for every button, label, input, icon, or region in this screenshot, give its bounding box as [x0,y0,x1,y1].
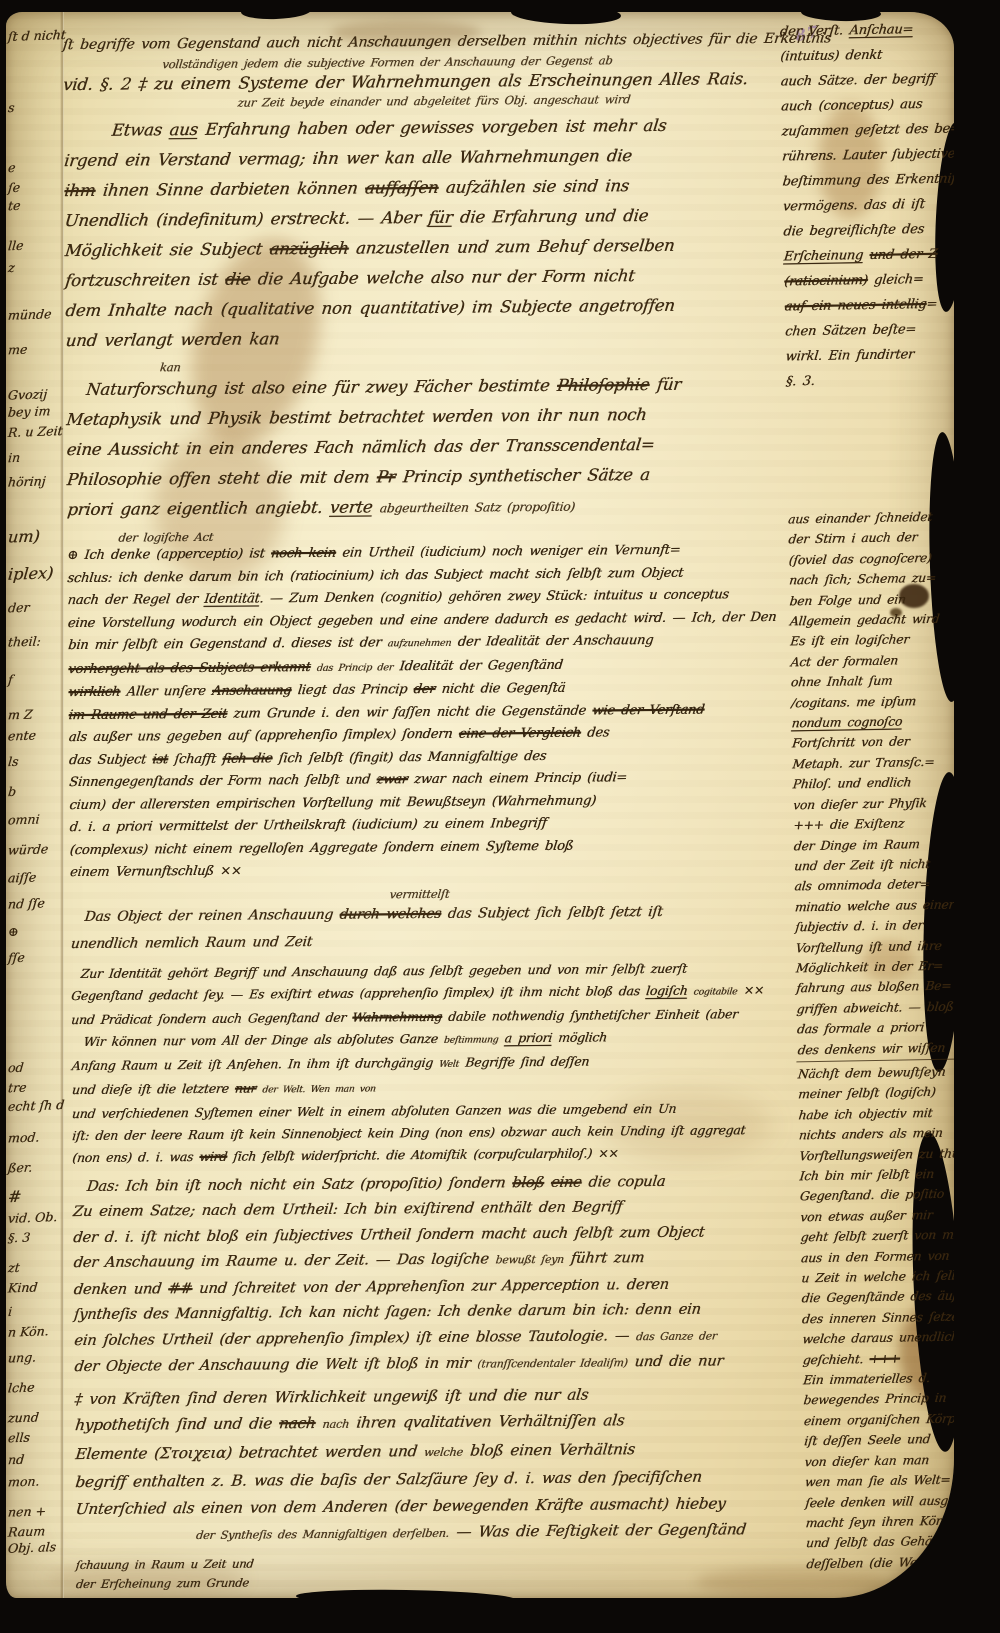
text-line: zuſammen geſetzt des be= [780,116,954,144]
text-line: Philoſ. und endlich [792,772,954,796]
margin-fragment: tre [7,1080,27,1096]
margin-fragment: zt [7,1260,20,1275]
paragraph: der logiſche Act⊕ Ich denke (apperceptio… [66,525,785,885]
text-line: wen man ſie als Welt= [804,1469,954,1493]
text-line: ohne Inhalt ſum [790,670,954,694]
text-line: beſtimmung des Erkentniſ [781,166,954,194]
text-line: nach ſich; Schema zu= [788,568,954,592]
margin-fragment: lle [7,238,24,254]
text-line: (ratiocinium) gleich= [783,266,954,294]
text-line: ben Folge und ein [788,588,954,612]
margin-fragment: Raum [7,1523,46,1539]
margin-fragment: omni [7,811,40,827]
margin-fragment: f [7,672,13,687]
text-line: rührens. Lauter ſubjective [781,141,954,169]
text-line: vermögens. das di iſt [782,191,954,219]
margin-fragment: lche [7,1380,35,1396]
margin-fragment: te [7,198,21,213]
torn-edge [511,12,622,26]
text-line: priori ganz eigentlich angiebt. verte ab… [65,489,785,526]
paragraph: ‡ von Kräften ſind deren Wirklichkeit un… [73,1379,790,1550]
margin-fragment: ells [7,1430,30,1446]
text-line: von dieſer zur Phyſik [792,792,954,816]
text-line: geſchieht. +++ [802,1347,954,1371]
margin-fragment: ung. [7,1350,36,1366]
text-line: fahrung aus bloßen Be= [795,976,954,1000]
text-line: und ſelbſt das Gehäuſe [805,1531,954,1555]
margin-fragment: Kind [7,1279,38,1295]
text-line: /cogitans. me ipſum [790,690,954,714]
margin-fragment: e [7,160,16,175]
margin-fragment: nd [7,1452,24,1468]
text-line: ſeele denken will ausge= [804,1490,954,1514]
margin-fragment: hörinj [7,473,46,489]
text-line: habe ich objectiv mit [797,1102,954,1126]
paper-sheet: 87 ſt d nichtseſetellezmündemeGvozijbey … [6,12,954,1598]
paragraph: ſchauung in Raum u Zeit undder Erſcheinu… [74,1549,790,1593]
text-line: von etwas außer mir [799,1204,954,1228]
margin-fragment: iplex) [7,563,54,584]
text-line: (intuitus) denkt [779,41,954,69]
paragraph: vermittelſtDas Object der reinen Anschau… [69,883,786,957]
margin-fragment: aiſſe [7,870,37,886]
text-line: die begreiflichſte des [782,216,954,244]
margin-fragment: # [7,1187,22,1206]
margin-fragment: nen + [7,1503,46,1519]
margin-fragment: Obj. als [7,1539,56,1556]
text-line: welche daraus unendliche Sätze [801,1326,954,1350]
text-line: auf ein neues intellig= [783,291,954,319]
margin-fragment: Gvozij [7,386,48,402]
paragraph: kanNaturforschung ist also eine für zwey… [64,355,781,526]
text-line: auch (conceptus) aus [780,91,954,119]
margin-fragment: od [7,1060,24,1076]
left-margin-fragments: ſt d nichtseſetellezmündemeGvozijbey imR… [6,12,60,1598]
margin-fragment: ls [7,754,19,769]
margin-fragment: zund [7,1409,39,1425]
margin-fragment: i [7,1304,12,1319]
text-line: Erſcheinung und der Z [782,241,954,269]
text-line: Gegenſtand. die poſitio [799,1184,954,1208]
margin-fragment: s [7,100,15,115]
margin-fragment: m Z [7,707,33,723]
text-line: des denkens wir wiſſen [796,1037,954,1063]
margin-fragment: würde [7,841,49,857]
text-line: Vorſtellungsweiſen zu thun [798,1143,954,1167]
text-line: der Verſt. Anſchau= [779,16,954,44]
text-line: wirkl. Ein fundirter [784,341,954,369]
margin-note-block: der Verſt. Anſchau=(intuitus) denktauch … [778,16,954,394]
margin-fragment: echt ſh d [7,1097,65,1114]
margin-fragment: theil: [7,633,41,649]
text-line: und verlangt werden kan [64,320,783,356]
text-line: nichts anders als mein [798,1122,954,1146]
paragraph: Etwas aus Erfahrung haben oder gewisses … [62,110,780,356]
text-line: von dieſer kan man [803,1449,954,1473]
text-line: §. 3. [785,366,954,394]
text-line: unendlich nemlich Raum und Zeit [69,924,788,957]
margin-fragment: §. 3 [7,1230,31,1246]
text-line: geht ſelbſt zuerſt von mir [800,1224,954,1248]
torn-edge [241,12,312,20]
right-margin-column: der Verſt. Anſchau=(intuitus) denktauch … [778,12,954,14]
margin-fragment: fſe [7,950,25,966]
margin-fragment: mod. [7,1129,40,1145]
text-line: aus in den Formen von Raum [800,1245,954,1269]
text-line: griffen abweicht. — bloß [796,996,954,1020]
margin-fragment: R. u Zeit [7,423,63,440]
margin-fragment: mon. [7,1473,40,1489]
text-line: deſſelben (die Welt) bauen. [805,1551,954,1575]
text-line: +++ die Exiſtenz [792,812,954,836]
text-line: chen Sätzen beſte= [784,316,954,344]
margin-fragment: in [7,450,20,465]
paragraph: ſt begriffe vom Gegenstand auch nicht An… [61,27,778,111]
manuscript-scan: 87 ſt d nichtseſetellezmündemeGvozijbey … [0,0,1000,1633]
paragraph: Zur Identität gehört Begriff und Anschau… [69,956,787,1168]
text-line: bewegendes Princip in [802,1388,954,1412]
margin-fragment: ßer. [7,1160,33,1176]
margin-fragment: b [7,784,16,799]
margin-fragment: münde [7,306,52,323]
text-line: Vorſtellung iſt und ihre [795,935,954,959]
text-line: der Objecte der Anschauung die Welt iſt … [73,1348,792,1381]
text-line: der Stirn i auch der [787,527,954,551]
text-line: iſt deſſen Seele und [803,1428,954,1452]
margin-fragment: ente [7,728,36,744]
margin-fragment: um) [7,526,41,546]
text-line: das formale a priori [796,1016,954,1040]
margin-fragment: vid. Ob. [7,1209,58,1226]
margin-note-block: aus einander ſchneidetder Stirn i auch d… [787,506,954,1574]
margin-fragment: bey im [7,403,51,419]
margin-fragment: ſe [7,180,20,195]
paragraph: Das: Ich bin iſt noch nicht ein Satz (pr… [71,1167,789,1380]
text-line: minatio welche aus einer [794,894,954,918]
main-text-column: ſt begriffe vom Gegenstand auch nicht An… [61,27,791,1598]
margin-fragment: nd ſſe [7,895,45,911]
margin-fragment: ſt d nicht [7,27,66,44]
margin-fragment: me [7,342,28,358]
margin-fragment: ⊕ [7,924,19,939]
text-line: die Gegenſtände des äußeren u [801,1286,954,1310]
text-line: Fortſchritt von der [791,731,954,755]
text-line: als omnimoda deter= [793,874,954,898]
text-line: der Syntheſis des Mannigfaltigen derſelb… [194,1516,793,1550]
text-line: auch Sätze. der begriff [779,66,954,94]
text-line: meiner ſelbſt (logiſch) [797,1082,954,1106]
margin-fragment: n Kön. [7,1323,49,1339]
text-line: der Dinge im Raum [793,833,954,857]
text-line: ſubjectiv d. i. in der [794,914,954,938]
text-line: Es iſt ein logiſcher [789,629,954,653]
margin-fragment: der [7,600,30,616]
text-line: des inneren Sinnes ſetze und [801,1306,954,1330]
margin-fragment: z [7,260,15,275]
